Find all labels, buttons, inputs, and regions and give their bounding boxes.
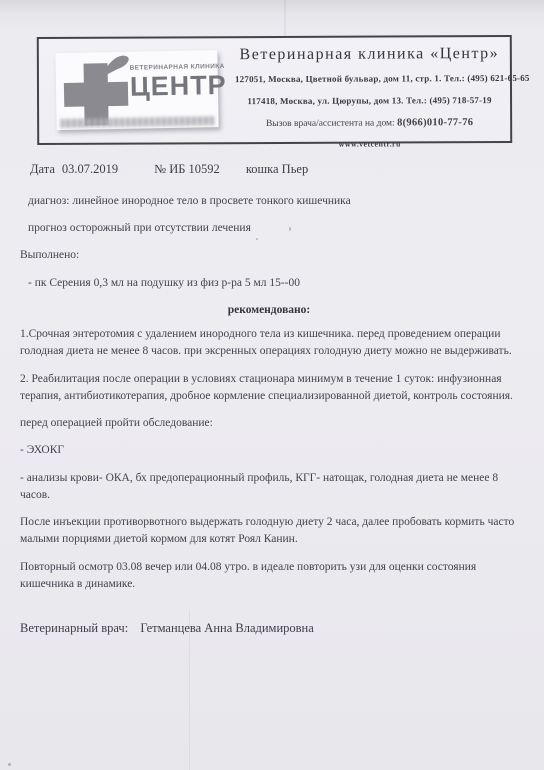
house-call-line: Вызов врача/ассистента на дом: 8(966)010… — [235, 117, 504, 129]
recommendation-1: 1.Срочная энтеротомия с удалением инород… — [20, 326, 518, 361]
diagnosis-line: диагноз: линейное инородное тело в просв… — [28, 193, 518, 210]
clinic-letterhead: ВЕТЕРИНАРНАЯ КЛИНИКА ЦЕНТР Ветеринарная … — [37, 35, 512, 145]
logo-name: ЦЕНТР — [130, 72, 214, 101]
recommendation-2: 2. Реабилитация после операции в условия… — [20, 371, 518, 406]
house-call-label: Вызов врача/ассистента на дом: — [266, 118, 395, 129]
performed-heading: Выполнено: — [20, 247, 518, 264]
scan-speck — [8, 763, 11, 766]
follow-up-note: Повторный осмотр 03.08 вечер или 04.08 у… — [20, 559, 518, 594]
clinic-website: www.vetcentr.ru — [235, 139, 504, 149]
scanned-document: ВЕТЕРИНАРНАЯ КЛИНИКА ЦЕНТР Ветеринарная … — [0, 0, 544, 770]
feeding-note: После инъекции противорвотного выдержать… — [20, 514, 518, 549]
medical-record-body: Дата 03.07.2019 № ИБ 10592 кошка Пьер ди… — [20, 160, 518, 638]
performed-item: - пк Серения 0,3 мл на подушку из физ р-… — [28, 275, 518, 292]
house-call-phone: 8(966)010-77-76 — [397, 117, 473, 128]
signature-line: Ветеринарный врач: Гетманцева Анна Влади… — [20, 619, 518, 638]
patient-name: кошка Пьер — [246, 160, 308, 179]
vet-label: Ветеринарный врач: — [20, 621, 128, 635]
exam-item-echo: - ЭХОКГ — [20, 442, 518, 459]
record-meta-row: Дата 03.07.2019 № ИБ 10592 кошка Пьер — [30, 160, 518, 179]
clinic-logo: ВЕТЕРИНАРНАЯ КЛИНИКА ЦЕНТР — [55, 50, 218, 130]
case-number: № ИБ 10592 — [154, 160, 220, 179]
logo-text: ВЕТЕРИНАРНАЯ КЛИНИКА ЦЕНТР — [130, 63, 215, 101]
pre-op-heading: перед операцией пройти обследование: — [20, 415, 518, 432]
clinic-name: Ветеринарная клиника «Центр» — [235, 45, 504, 64]
clinic-address-1: 127051, Москва, Цветной бульвар, дом 11,… — [235, 73, 504, 84]
prognosis-line: прогноз осторожный при отсутствии лечени… — [28, 220, 518, 237]
date-label: Дата — [30, 160, 55, 179]
clinic-contact-block: Ветеринарная клиника «Центр» 127051, Мос… — [235, 45, 504, 149]
vet-name: Гетманцева Анна Владимировна — [140, 621, 314, 635]
recommended-heading: рекомендовано: — [20, 302, 518, 319]
clinic-address-2: 117418, Москва, ул. Цюрупы, дом 13. Тел.… — [235, 95, 504, 106]
exam-item-blood: - анализы крови- ОКА, бх предоперационны… — [20, 470, 518, 505]
date-value: 03.07.2019 — [62, 160, 118, 179]
logo-fineprint-blur — [61, 116, 215, 128]
